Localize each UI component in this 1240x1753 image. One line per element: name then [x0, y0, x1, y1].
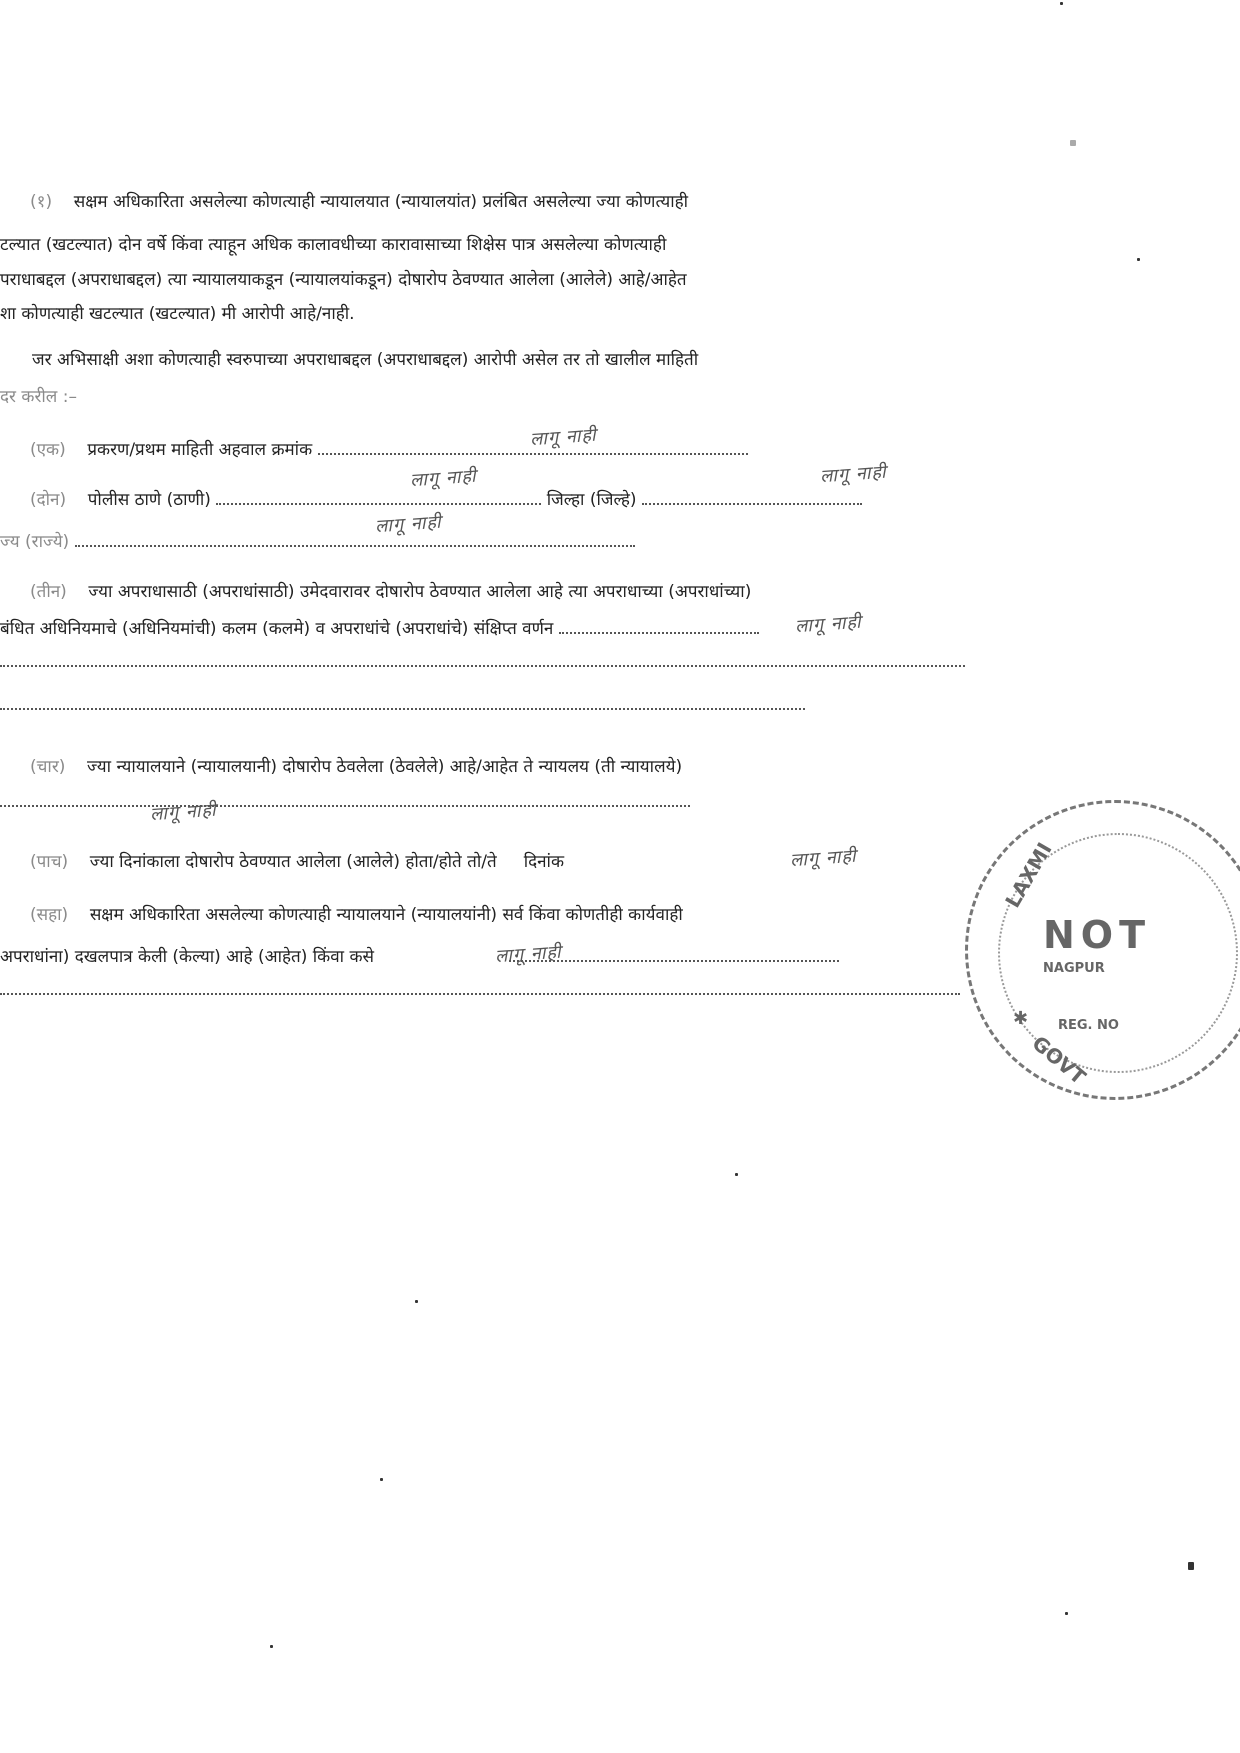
item-teen-number: (तीन): [30, 582, 67, 602]
para1-line4: शा कोणत्याही खटल्यात (खटल्यात) मी आरोपी …: [0, 302, 355, 326]
item-chaar-field-line: [0, 790, 690, 814]
item-don-district-label: जिल्हा (जिल्हे): [547, 490, 637, 510]
item-paach-date-label: दिनांक: [524, 852, 564, 872]
notary-stamp: NOT NAGPUR REG. NO LAXMI GOVT ✱: [965, 800, 1240, 1100]
item-saha-number: (सहा): [30, 905, 68, 925]
star-icon: ✱: [1013, 1008, 1028, 1029]
scan-speck: [1070, 140, 1076, 146]
notary-stamp-reg: REG. NO: [1058, 1018, 1119, 1033]
para1-line3: पराधाबद्दल (अपराधाबद्दल) त्या न्यायालयाक…: [0, 268, 687, 292]
item-saha-blank-line: [0, 978, 960, 1002]
item-don-label: पोलीस ठाणे (ठाणी): [88, 490, 211, 510]
scan-speck: [380, 1478, 383, 1481]
scan-speck: [735, 1173, 738, 1176]
item-chaar-handwritten-value: लागू नाही: [149, 798, 217, 827]
scanned-document-page: (१) सक्षम अधिकारिता असलेल्या कोणत्याही न…: [0, 0, 1240, 1753]
scan-speck: [270, 1645, 273, 1648]
item-teen-handwritten-value: लागू नाही: [794, 610, 862, 639]
item-ek: (एक) प्रकरण/प्रथम माहिती अहवाल क्रमांक: [30, 438, 748, 462]
scan-speck: [1188, 1562, 1194, 1570]
item-state: ज्य (राज्ये): [0, 530, 635, 554]
para1-line1: (१) सक्षम अधिकारिता असलेल्या कोणत्याही न…: [30, 190, 688, 214]
item-paach-handwritten-value: लागू नाही: [789, 844, 857, 873]
item-chaar-number: (चार): [30, 757, 65, 777]
scan-speck: [1137, 258, 1140, 261]
item-don-number: (दोन): [30, 490, 66, 510]
item-state-field: [75, 531, 635, 547]
item-teen-blank-line1: [0, 650, 965, 674]
scan-speck: [1065, 1612, 1068, 1615]
item-ek-label: प्रकरण/प्रथम माहिती अहवाल क्रमांक: [87, 440, 312, 460]
scan-speck: [1060, 2, 1063, 5]
item-saha-handwritten-value: लागू नाही: [494, 940, 562, 969]
intro-line1: जर अभिसाक्षी अशा कोणत्याही स्वरुपाच्या अ…: [32, 348, 698, 372]
para1-number: (१): [30, 192, 52, 212]
item-don-field: [216, 489, 541, 505]
item-don-handwritten-value: लागू नाही: [409, 464, 477, 493]
item-saha-line2: अपराधांना) दखलपात्र केली (केल्या) आहे (आ…: [0, 945, 839, 969]
item-teen-line2: बंधित अधिनियमाचे (अधिनियमांची) कलम (कलमे…: [0, 617, 759, 641]
para1-line2: टल्यात (खटल्यात) दोन वर्षे किंवा त्याहून…: [0, 233, 666, 257]
item-chaar-line1: (चार) ज्या न्यायालयाने (न्यायालयानी) दोष…: [30, 755, 682, 779]
notary-stamp-title: NOT: [1043, 913, 1151, 957]
item-don: (दोन) पोलीस ठाणे (ठाणी) जिल्हा (जिल्हे): [30, 488, 862, 512]
item-paach: (पाच) ज्या दिनांकाला दोषारोप ठेवण्यात आल…: [30, 850, 564, 874]
item-saha-line1: (सहा) सक्षम अधिकारिता असलेल्या कोणत्याही…: [30, 903, 683, 927]
intro-line2: दर करील :–: [0, 385, 77, 409]
item-ek-handwritten-value: लागू नाही: [529, 423, 597, 452]
item-state-handwritten-value: लागू नाही: [374, 510, 442, 539]
item-don-district-field: [642, 489, 862, 505]
notary-stamp-city: NAGPUR: [1043, 961, 1105, 976]
item-state-label: ज्य (राज्ये): [0, 532, 69, 552]
item-teen-line1: (तीन) ज्या अपराधासाठी (अपराधांसाठी) उमेद…: [30, 580, 751, 604]
item-teen-field: [559, 618, 759, 634]
item-don-district-handwritten-value: लागू नाही: [819, 460, 887, 489]
item-chaar-field: [0, 791, 690, 807]
item-teen-blank-line2: [0, 693, 805, 717]
item-paach-number: (पाच): [30, 852, 68, 872]
item-ek-number: (एक): [30, 440, 66, 460]
scan-speck: [415, 1300, 418, 1303]
